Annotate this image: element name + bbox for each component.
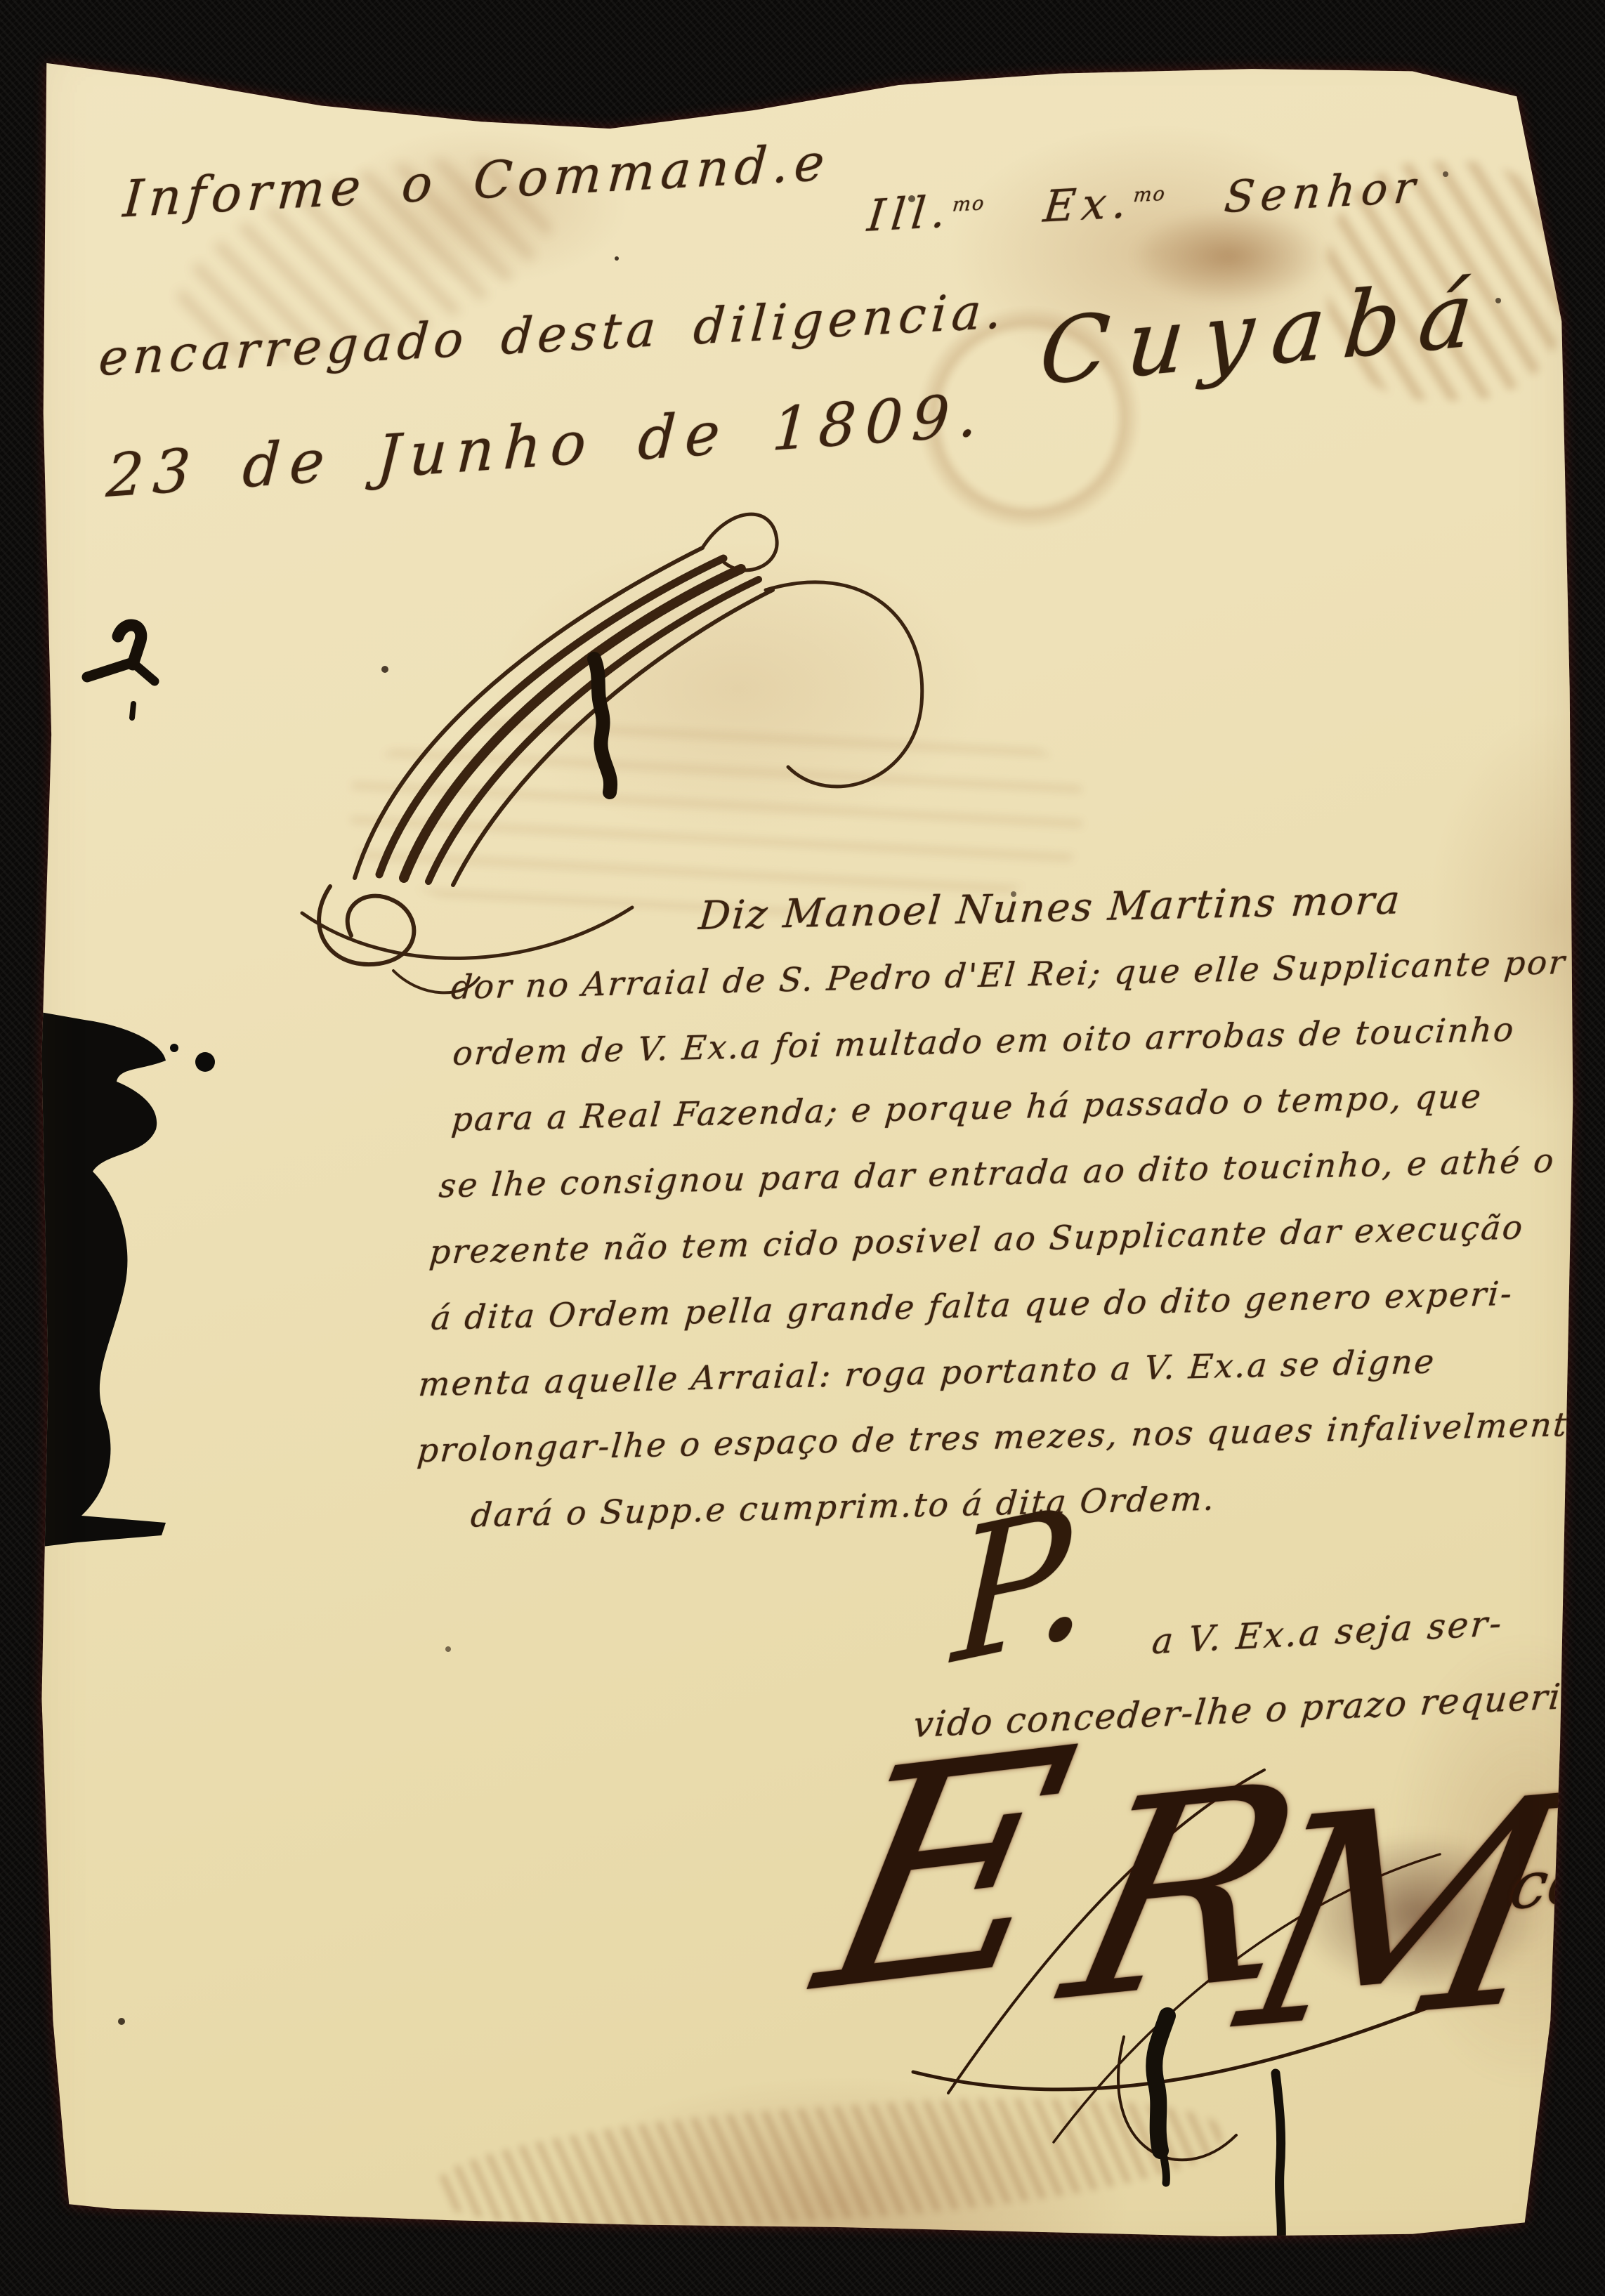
closing-initial-p: P.: [950, 1464, 1094, 1705]
photo-backdrop: Informe o Command.e encarregado desta di…: [0, 0, 1605, 2296]
petition-paragraph: Diz Manoel Nunes Martins mora dor no Arr…: [405, 862, 1605, 1550]
ink-drip-center: [594, 659, 610, 792]
valediction-superscript-ce: ce: [1506, 1848, 1591, 1920]
manuscript-sheet-wrap: Informe o Command.e encarregado desta di…: [0, 0, 1605, 2296]
left-edge-ink-stain: [0, 1004, 215, 1552]
margin-blot: [87, 625, 155, 718]
manuscript-page: Informe o Command.e encarregado desta di…: [0, 0, 1605, 2296]
